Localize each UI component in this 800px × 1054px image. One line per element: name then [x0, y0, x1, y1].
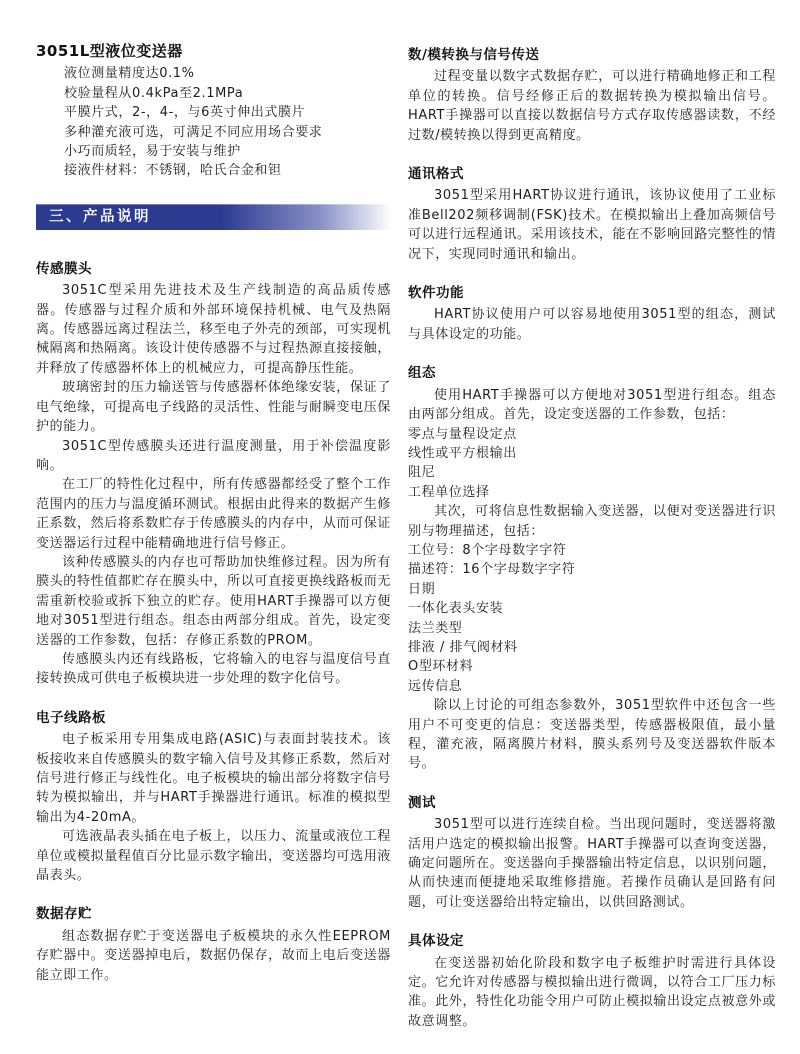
paragraph: 可选液晶表头插在电子板上，以压力、流量或液位工程单位或模拟量程值百分比显示数字输…: [36, 827, 391, 885]
paragraph: 使用HART手操器可以方便地对3051型进行组态。组态由两部分组成。首先，设定变…: [408, 386, 776, 425]
paragraph: 3051型采用HART协议进行通讯，该协议使用了工业标准Bell202频移调制(…: [408, 186, 776, 264]
document-page: 3051L型液位变送器 液位测量精度达0.1% 校验量程从0.4kPa至2.1M…: [0, 0, 800, 1054]
paragraph: 3051C型传感膜头还进行温度测量，用于补偿温度影响。: [36, 437, 391, 476]
paragraph: 玻璃密封的压力输送管与传感器杯体绝缘安装，保证了电气绝缘，可提高电子线路的灵活性…: [36, 378, 391, 436]
section-testing: 测试 3051型可以进行连续自检。当出现问题时，变送器将激活用户选定的模拟输出报…: [408, 794, 776, 912]
feature-item: 多种灌充液可选，可满足不同应用场合要求: [64, 123, 391, 142]
paragraph: 电子板采用专用集成电路(ASIC)与表面封装技术。该板接收来自传感膜头的数字输入…: [36, 730, 391, 827]
config-info-item: 工位号：8个字母数字字符: [408, 541, 776, 560]
section-heading: 数据存贮: [36, 905, 391, 924]
paragraph: HART协议使用户可以容易地使用3051型的组态，测试与具体设定的功能。: [408, 305, 776, 344]
right-column: 数/模转换与信号传送 过程变量以数字式数据存贮，可以进行精确地修正和工程单位的转…: [408, 42, 776, 1031]
paragraph: 3051型可以进行连续自检。当出现问题时，变送器将激活用户选定的模拟输出报警。H…: [408, 815, 776, 912]
paragraph: 除以上讨论的可组态参数外，3051型软件中还包含一些用户不可变更的信息：变送器类…: [408, 696, 776, 774]
section-electronics-board: 电子线路板 电子板采用专用集成电路(ASIC)与表面封装技术。该板接收来自传感膜…: [36, 709, 391, 886]
section-heading: 软件功能: [408, 284, 776, 303]
paragraph: 在变送器初始化阶段和数字电子板维护时需进行具体设定。它允许对传感器与模拟输出进行…: [408, 954, 776, 1032]
paragraph: 其次，可将信息性数据输入变送器，以便对变送器进行识别与物理描述，包括：: [408, 502, 776, 541]
paragraph: 组态数据存贮于变送器电子板模块的永久性EEPROM存贮器中。变送器掉电后，数据仍…: [36, 927, 391, 985]
section-heading: 组态: [408, 364, 776, 383]
feature-item: 接液件材料：不锈钢，哈氏合金和钽: [64, 161, 391, 180]
paragraph: 在工厂的特性化过程中，所有传感器都经受了整个工作范围内的压力与温度循环测试。根据…: [36, 475, 391, 553]
feature-item: 平膜片式，2-，4-，与6英寸伸出式膜片: [64, 103, 391, 122]
config-param-item: 零点与量程设定点: [408, 425, 776, 444]
section-heading: 传感膜头: [36, 260, 391, 279]
section-heading: 具体设定: [408, 932, 776, 951]
paragraph: 该种传感膜头的内存也可帮助加快维修过程。因为所有膜头的特性值都贮存在膜头中，所以…: [36, 553, 391, 650]
feature-list: 液位测量精度达0.1% 校验量程从0.4kPa至2.1MPa 平膜片式，2-，4…: [64, 64, 391, 180]
config-info-item: O型环材料: [408, 657, 776, 676]
config-info-item: 远传信息: [408, 677, 776, 696]
config-param-item: 工程单位选择: [408, 483, 776, 502]
config-param-item: 阻尼: [408, 463, 776, 482]
section-software-function: 软件功能 HART协议使用户可以容易地使用3051型的组态，测试与具体设定的功能…: [408, 284, 776, 344]
section-sensor-module: 传感膜头 3051C型采用先进技术及生产线制造的高品质传感器。传感器与过程介质和…: [36, 260, 391, 689]
config-param-item: 线性或平方根输出: [408, 444, 776, 463]
feature-item: 校验量程从0.4kPa至2.1MPa: [64, 84, 391, 103]
feature-item: 小巧而质轻，易于安装与维护: [64, 142, 391, 161]
section-heading: 通讯格式: [408, 165, 776, 184]
product-title: 3051L型液位变送器: [36, 42, 391, 61]
section-communication-format: 通讯格式 3051型采用HART协议进行通讯，该协议使用了工业标准Bell202…: [408, 165, 776, 264]
two-column-layout: 3051L型液位变送器 液位测量精度达0.1% 校验量程从0.4kPa至2.1M…: [36, 42, 776, 1031]
section-heading: 测试: [408, 794, 776, 813]
section-heading: 电子线路板: [36, 709, 391, 728]
config-info-item: 法兰类型: [408, 619, 776, 638]
config-info-item: 日期: [408, 580, 776, 599]
paragraph: 传感膜头内还有线路板，它将输入的电容与温度信号直接转换成可供电子板模块进一步处理…: [36, 650, 391, 689]
config-info-item: 一体化表头安装: [408, 599, 776, 618]
config-info-item: 排液 / 排气阀材料: [408, 638, 776, 657]
feature-item: 液位测量精度达0.1%: [64, 64, 391, 83]
section-da-conversion: 数/模转换与信号传送 过程变量以数字式数据存贮，可以进行精确地修正和工程单位的转…: [408, 46, 776, 145]
paragraph: 3051C型采用先进技术及生产线制造的高品质传感器。传感器与过程介质和外部环境保…: [36, 281, 391, 378]
section-configuration: 组态 使用HART手操器可以方便地对3051型进行组态。组态由两部分组成。首先，…: [408, 364, 776, 774]
section-specific-settings: 具体设定 在变送器初始化阶段和数字电子板维护时需进行具体设定。它允许对传感器与模…: [408, 932, 776, 1031]
section-banner-label: 三、产品说明: [49, 209, 151, 225]
config-info-item: 描述符：16个字母数字字符: [408, 560, 776, 579]
section-data-storage: 数据存贮 组态数据存贮于变送器电子板模块的永久性EEPROM存贮器中。变送器掉电…: [36, 905, 391, 985]
left-column: 3051L型液位变送器 液位测量精度达0.1% 校验量程从0.4kPa至2.1M…: [36, 42, 391, 1031]
paragraph: 过程变量以数字式数据存贮，可以进行精确地修正和工程单位的转换。信号经修正后的数据…: [408, 67, 776, 145]
section-heading: 数/模转换与信号传送: [408, 46, 776, 65]
section-banner: 三、产品说明: [36, 204, 391, 230]
